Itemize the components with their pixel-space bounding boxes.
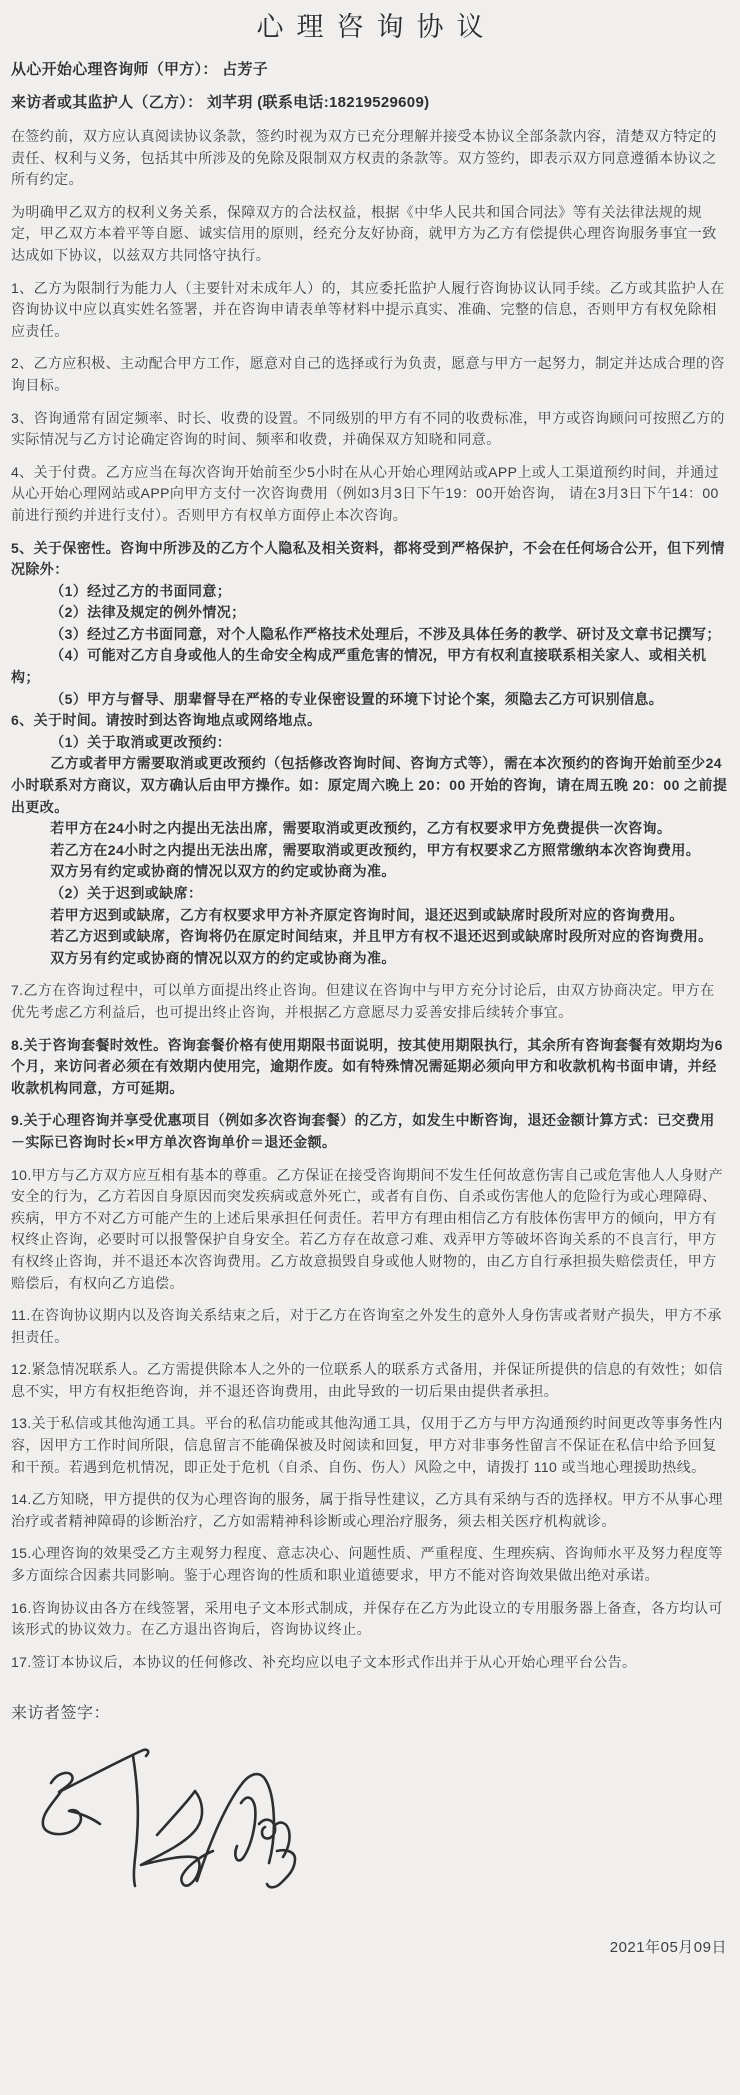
agreement-paragraph: 双方另有约定或协商的情况以双方的约定或协商为准。 [11,861,729,883]
page-title: 心理咨询协议 [11,10,729,44]
agreement-paragraph: 乙方或者甲方需要取消或更改预约（包括修改咨询时间、咨询方式等），需在本次预约的咨… [11,753,729,818]
agreement-paragraph: 若乙方在24小时之内提出无法出席，需要取消或更改预约，甲方有权要求乙方照常缴纳本… [11,840,729,862]
agreement-paragraph: 双方另有约定或协商的情况以双方的约定或协商为准。 [11,948,729,970]
agreement-paragraph: 3、咨询通常有固定频率、时长、收费的设置。不同级别的甲方有不同的收费标准，甲方或… [11,408,729,451]
agreement-paragraph: 15.心理咨询的效果受乙方主观努力程度、意志决心、问题性质、严重程度、生理疾病、… [11,1543,729,1586]
agreement-paragraph: （2）关于迟到或缺席： [11,883,729,905]
agreement-paragraph: 为明确甲乙双方的权利义务关系，保障双方的合法权益，根据《中华人民共和国合同法》等… [11,202,729,267]
agreement-paragraph: 若乙方迟到或缺席，咨询将仍在原定时间结束，并且甲方有权不退还迟到或缺席时段所对应… [11,926,729,948]
agreement-paragraph: 在签约前，双方应认真阅读协议条款，签约时视为双方已充分理解并接受本协议全部条款内… [11,126,729,191]
agreement-paragraph: （5）甲方与督导、朋辈督导在严格的专业保密设置的环境下讨论个案，须隐去乙方可识别… [11,689,729,711]
agreement-paragraph: 13.关于私信或其他沟通工具。平台的私信功能或其他沟通工具，仅用于乙方与甲方沟通… [11,1413,729,1478]
agreement-paragraph: 7.乙方在咨询过程中，可以单方面提出终止咨询。但建议在咨询中与甲方充分讨论后，由… [11,980,729,1023]
agreement-paragraph: （2）法律及规定的例外情况； [11,602,729,624]
agreement-paragraph: 5、关于保密性。咨询中所涉及的乙方个人隐私及相关资料，都将受到严格保护，不会在任… [11,538,729,581]
agreement-paragraph: （1）经过乙方的书面同意； [11,581,729,603]
party-a-line: 从心开始心理咨询师（甲方）： 占芳子 [11,60,729,80]
agreement-paragraph: 11.在咨询协议期内以及咨询关系结束之后，对于乙方在咨询室之外发生的意外人身伤害… [11,1305,729,1348]
agreement-paragraph: 10.甲方与乙方双方应互相有基本的尊重。乙方保证在接受咨询期间不发生任何故意伤害… [11,1165,729,1295]
agreement-date: 2021年05月09日 [11,1938,727,1958]
agreement-paragraph: （3）经过乙方书面同意，对个人隐私作严格技术处理后，不涉及具体任务的教学、研讨及… [11,624,729,646]
visitor-signature-area [35,1739,315,1904]
agreement-paragraph: 9.关于心理咨询并享受优惠项目（例如多次咨询套餐）的乙方，如发生中断咨询，退还金… [11,1110,729,1153]
agreement-paragraph: 2、乙方应积极、主动配合甲方工作，愿意对自己的选择或行为负责，愿意与甲方一起努力… [11,353,729,396]
agreement-paragraph: 若甲方迟到或缺席，乙方有权要求甲方补齐原定咨询时间，退还迟到或缺席时段所对应的咨… [11,905,729,927]
agreement-paragraph: 若甲方在24小时之内提出无法出席，需要取消或更改预约，乙方有权要求甲方免费提供一… [11,818,729,840]
agreement-body: 在签约前，双方应认真阅读协议条款，签约时视为双方已充分理解并接受本协议全部条款内… [11,126,729,1673]
handwritten-signature-scribble [35,1739,315,1904]
agreement-paragraph: 16.咨询协议由各方在线签署，采用电子文本形式制成，并保存在乙方为此设立的专用服… [11,1598,729,1641]
agreement-paragraph: 8.关于咨询套餐时效性。咨询套餐价格有使用期限书面说明，按其使用期限执行，其余所… [11,1035,729,1100]
agreement-paragraph: 1、乙方为限制行为能力人（主要针对未成年人）的，其应委托监护人履行咨询协议认同手… [11,278,729,343]
agreement-paragraph: （1）关于取消或更改预约： [11,732,729,754]
agreement-paragraph: 14.乙方知晓，甲方提供的仅为心理咨询的服务，属于指导性建议，乙方具有采纳与否的… [11,1489,729,1532]
agreement-paragraph: 6、关于时间。请按时到达咨询地点或网络地点。 [11,710,729,732]
visitor-signature-label: 来访者签字： [11,1703,729,1725]
agreement-paragraph: （4）可能对乙方自身或他人的生命安全构成严重危害的情况，甲方有权利直接联系相关家… [11,645,729,688]
agreement-paragraph: 12.紧急情况联系人。乙方需提供除本人之外的一位联系人的联系方式备用，并保证所提… [11,1359,729,1402]
agreement-paragraph: 17.签订本协议后，本协议的任何修改、补充均应以电子文本形式作出并于从心开始心理… [11,1652,729,1674]
party-b-line: 来访者或其监护人（乙方）： 刘芊玥 (联系电话:18219529609) [11,93,729,113]
agreement-paragraph: 4、关于付费。乙方应当在每次咨询开始前至少5小时在从心开始心理网站或APP上或人… [11,462,729,527]
agreement-document: 心理咨询协议 从心开始心理咨询师（甲方）： 占芳子 来访者或其监护人（乙方）： … [0,0,740,2095]
